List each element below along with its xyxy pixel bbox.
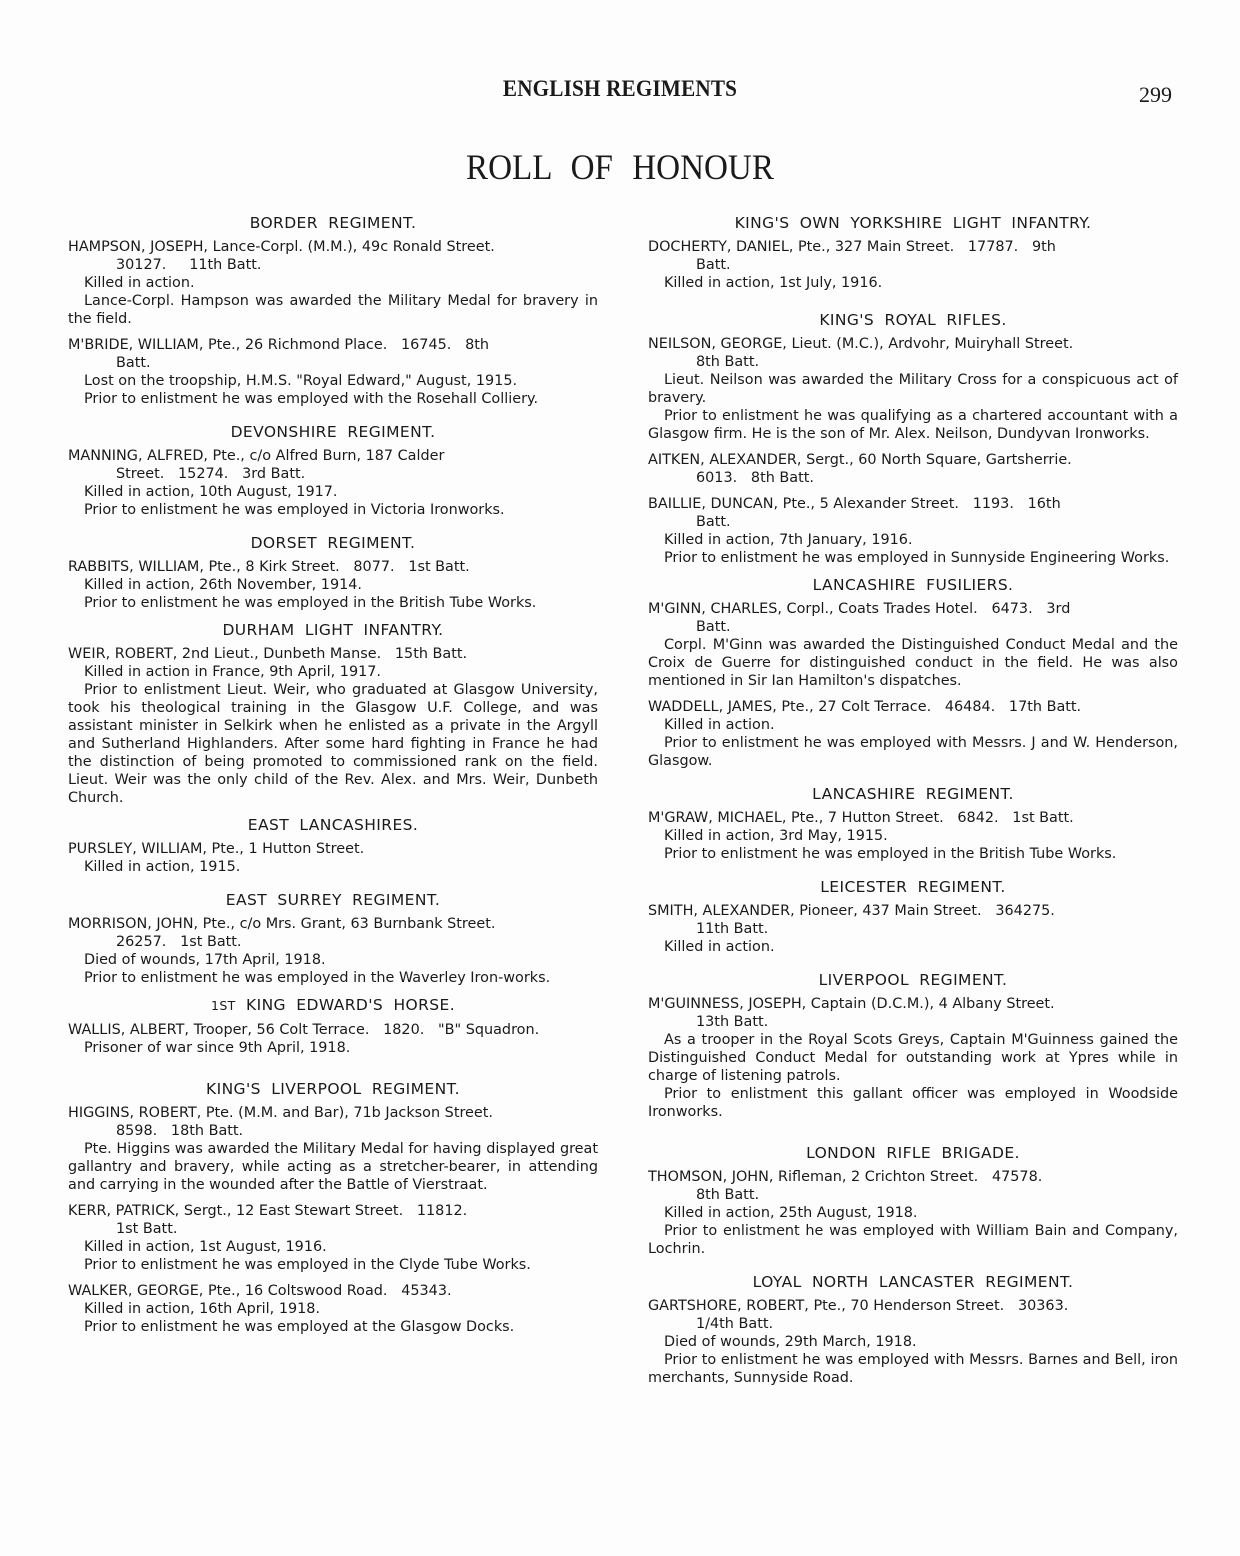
- casualty-status: Died of wounds, 29th March, 1918.: [648, 1333, 1178, 1351]
- biographical-note: Prior to enlistment he was employed with…: [68, 390, 598, 408]
- biographical-note: Prior to enlistment he was employed in t…: [648, 845, 1178, 863]
- casualty-status: Prisoner of war since 9th April, 1918.: [68, 1039, 598, 1057]
- casualty-status: Killed in action, 3rd May, 1915.: [648, 827, 1178, 845]
- regiment-name: KING'S ROYAL RIFLES.: [819, 311, 1006, 329]
- soldier-name-line: WADDELL, JAMES, Pte., 27 Colt Terrace. 4…: [648, 698, 1178, 716]
- regiment-section: LONDON RIFLE BRIGADE.THOMSON, JOHN, Rifl…: [648, 1143, 1178, 1258]
- biographical-note: Prior to enlistment this gallant officer…: [648, 1085, 1178, 1121]
- soldier-name-line: WALKER, GEORGE, Pte., 16 Coltswood Road.…: [68, 1282, 598, 1300]
- soldier-name-line: WEIR, ROBERT, 2nd Lieut., Dunbeth Manse.…: [68, 645, 598, 663]
- entry-continuation: 8598. 18th Batt.: [68, 1122, 598, 1140]
- regiment-name: LANCASHIRE REGIMENT.: [812, 785, 1014, 803]
- regiment-heading: EAST LANCASHIRES.: [68, 815, 598, 835]
- regiment-section: DURHAM LIGHT INFANTRY.WEIR, ROBERT, 2nd …: [68, 620, 598, 807]
- running-head: ENGLISH REGIMENTS: [50, 76, 1191, 102]
- regiment-section: DORSET REGIMENT.RABBITS, WILLIAM, Pte., …: [68, 533, 598, 612]
- soldier-name-line: KERR, PATRICK, Sergt., 12 East Stewart S…: [68, 1202, 598, 1220]
- entry-heading: M'GRAW, MICHAEL, Pte., 7 Hutton Street. …: [648, 809, 1178, 827]
- entry-heading: SMITH, ALEXANDER, Pioneer, 437 Main Stre…: [648, 902, 1178, 938]
- entry-heading: WALLIS, ALBERT, Trooper, 56 Colt Terrace…: [68, 1021, 598, 1039]
- biographical-note: Prior to enlistment he was employed in t…: [68, 1256, 598, 1274]
- roll-entry: MORRISON, JOHN, Pte., c/o Mrs. Grant, 63…: [68, 915, 598, 987]
- biographical-note: As a trooper in the Royal Scots Greys, C…: [648, 1031, 1178, 1085]
- soldier-name-line: HIGGINS, ROBERT, Pte. (M.M. and Bar), 71…: [68, 1104, 598, 1122]
- regiment-heading: EAST SURREY REGIMENT.: [68, 890, 598, 910]
- biographical-note: Prior to enlistment Lieut. Weir, who gra…: [68, 681, 598, 807]
- regiment-section: LANCASHIRE FUSILIERS.M'GINN, CHARLES, Co…: [648, 575, 1178, 770]
- entry-continuation: 30127. 11th Batt.: [68, 256, 598, 274]
- entry-heading: AITKEN, ALEXANDER, Sergt., 60 North Squa…: [648, 451, 1178, 487]
- soldier-name-line: M'BRIDE, WILLIAM, Pte., 26 Richmond Plac…: [68, 336, 598, 354]
- soldier-name-line: MORRISON, JOHN, Pte., c/o Mrs. Grant, 63…: [68, 915, 598, 933]
- entry-heading: RABBITS, WILLIAM, Pte., 8 Kirk Street. 8…: [68, 558, 598, 576]
- regiment-heading: DEVONSHIRE REGIMENT.: [68, 422, 598, 442]
- document-page: ENGLISH REGIMENTS 299 ROLL OF HONOUR BOR…: [0, 0, 1240, 1556]
- entry-continuation: Batt.: [648, 513, 1178, 531]
- regiment-heading: BORDER REGIMENT.: [68, 213, 598, 233]
- regiment-name: LIVERPOOL REGIMENT.: [819, 971, 1008, 989]
- entry-heading: MORRISON, JOHN, Pte., c/o Mrs. Grant, 63…: [68, 915, 598, 951]
- casualty-status: Killed in action, 1st August, 1916.: [68, 1238, 598, 1256]
- roll-entry: DOCHERTY, DANIEL, Pte., 327 Main Street.…: [648, 238, 1178, 292]
- entry-heading: WEIR, ROBERT, 2nd Lieut., Dunbeth Manse.…: [68, 645, 598, 663]
- casualty-status: Killed in action.: [648, 938, 1178, 956]
- entry-continuation: Street. 15274. 3rd Batt.: [68, 465, 598, 483]
- soldier-name-line: AITKEN, ALEXANDER, Sergt., 60 North Squa…: [648, 451, 1178, 469]
- entry-heading: KERR, PATRICK, Sergt., 12 East Stewart S…: [68, 1202, 598, 1238]
- soldier-name-line: M'GRAW, MICHAEL, Pte., 7 Hutton Street. …: [648, 809, 1178, 827]
- biographical-note: Corpl. M'Ginn was awarded the Distinguis…: [648, 636, 1178, 690]
- entry-heading: HAMPSON, JOSEPH, Lance-Corpl. (M.M.), 49…: [68, 238, 598, 274]
- regiment-prefix: 1ST: [211, 998, 236, 1013]
- casualty-status: Killed in action, 26th November, 1914.: [68, 576, 598, 594]
- entry-continuation: 1st Batt.: [68, 1220, 598, 1238]
- roll-entry: AITKEN, ALEXANDER, Sergt., 60 North Squa…: [648, 451, 1178, 487]
- roll-entry: HIGGINS, ROBERT, Pte. (M.M. and Bar), 71…: [68, 1104, 598, 1194]
- regiment-section: KING'S LIVERPOOL REGIMENT.HIGGINS, ROBER…: [68, 1079, 598, 1336]
- regiment-name: EAST LANCASHIRES.: [248, 816, 418, 834]
- regiment-heading: 1ST KING EDWARD'S HORSE.: [68, 995, 598, 1016]
- regiment-name: EAST SURREY REGIMENT.: [226, 891, 440, 909]
- entry-continuation: 1/4th Batt.: [648, 1315, 1178, 1333]
- casualty-status: Killed in action, 25th August, 1918.: [648, 1204, 1178, 1222]
- entry-heading: THOMSON, JOHN, Rifleman, 2 Crichton Stre…: [648, 1168, 1178, 1204]
- entry-heading: M'BRIDE, WILLIAM, Pte., 26 Richmond Plac…: [68, 336, 598, 372]
- entry-continuation: Batt.: [648, 618, 1178, 636]
- roll-entry: M'GRAW, MICHAEL, Pte., 7 Hutton Street. …: [648, 809, 1178, 863]
- roll-entry: M'BRIDE, WILLIAM, Pte., 26 Richmond Plac…: [68, 336, 598, 408]
- roll-entry: WALKER, GEORGE, Pte., 16 Coltswood Road.…: [68, 1282, 598, 1336]
- regiment-heading: KING'S ROYAL RIFLES.: [648, 310, 1178, 330]
- casualty-status: Killed in action in France, 9th April, 1…: [68, 663, 598, 681]
- entry-continuation: Batt.: [68, 354, 598, 372]
- left-column: BORDER REGIMENT.HAMPSON, JOSEPH, Lance-C…: [68, 203, 598, 1344]
- roll-entry: PURSLEY, WILLIAM, Pte., 1 Hutton Street.…: [68, 840, 598, 876]
- regiment-name: KING'S LIVERPOOL REGIMENT.: [206, 1080, 460, 1098]
- entry-heading: PURSLEY, WILLIAM, Pte., 1 Hutton Street.: [68, 840, 598, 858]
- biographical-note: Prior to enlistment he was employed in t…: [68, 594, 598, 612]
- entry-continuation: 8th Batt.: [648, 353, 1178, 371]
- casualty-status: Died of wounds, 17th April, 1918.: [68, 951, 598, 969]
- soldier-name-line: WALLIS, ALBERT, Trooper, 56 Colt Terrace…: [68, 1021, 598, 1039]
- roll-entry: BAILLIE, DUNCAN, Pte., 5 Alexander Stree…: [648, 495, 1178, 567]
- entry-continuation: 11th Batt.: [648, 920, 1178, 938]
- biographical-note: Prior to enlistment he was employed with…: [648, 734, 1178, 770]
- regiment-section: LANCASHIRE REGIMENT.M'GRAW, MICHAEL, Pte…: [648, 784, 1178, 863]
- entry-heading: BAILLIE, DUNCAN, Pte., 5 Alexander Stree…: [648, 495, 1178, 531]
- regiment-name: DURHAM LIGHT INFANTRY.: [222, 621, 443, 639]
- roll-entry: NEILSON, GEORGE, Lieut. (M.C.), Ardvohr,…: [648, 335, 1178, 443]
- biographical-note: Pte. Higgins was awarded the Military Me…: [68, 1140, 598, 1194]
- entry-heading: GARTSHORE, ROBERT, Pte., 70 Henderson St…: [648, 1297, 1178, 1333]
- entry-heading: MANNING, ALFRED, Pte., c/o Alfred Burn, …: [68, 447, 598, 483]
- regiment-name: DORSET REGIMENT.: [251, 534, 416, 552]
- entry-continuation: Batt.: [648, 256, 1178, 274]
- roll-entry: SMITH, ALEXANDER, Pioneer, 437 Main Stre…: [648, 902, 1178, 956]
- regiment-name: LONDON RIFLE BRIGADE.: [806, 1144, 1020, 1162]
- regiment-section: DEVONSHIRE REGIMENT.MANNING, ALFRED, Pte…: [68, 422, 598, 519]
- biographical-note: Prior to enlistment he was employed at t…: [68, 1318, 598, 1336]
- roll-entry: M'GUINNESS, JOSEPH, Captain (D.C.M.), 4 …: [648, 995, 1178, 1121]
- casualty-status: Killed in action, 1st July, 1916.: [648, 274, 1178, 292]
- soldier-name-line: GARTSHORE, ROBERT, Pte., 70 Henderson St…: [648, 1297, 1178, 1315]
- page-title: ROLL OF HONOUR: [50, 146, 1191, 188]
- regiment-section: KING'S ROYAL RIFLES.NEILSON, GEORGE, Lie…: [648, 310, 1178, 567]
- regiment-name: LOYAL NORTH LANCASTER REGIMENT.: [753, 1273, 1074, 1291]
- casualty-status: Killed in action, 1915.: [68, 858, 598, 876]
- soldier-name-line: SMITH, ALEXANDER, Pioneer, 437 Main Stre…: [648, 902, 1178, 920]
- regiment-name: BORDER REGIMENT.: [250, 214, 417, 232]
- regiment-section: EAST SURREY REGIMENT.MORRISON, JOHN, Pte…: [68, 890, 598, 987]
- roll-entry: HAMPSON, JOSEPH, Lance-Corpl. (M.M.), 49…: [68, 238, 598, 328]
- casualty-status: Killed in action.: [648, 716, 1178, 734]
- regiment-heading: KING'S LIVERPOOL REGIMENT.: [68, 1079, 598, 1099]
- right-column: KING'S OWN YORKSHIRE LIGHT INFANTRY.DOCH…: [648, 203, 1178, 1395]
- roll-entry: WEIR, ROBERT, 2nd Lieut., Dunbeth Manse.…: [68, 645, 598, 807]
- biographical-note: Prior to enlistment he was employed with…: [648, 1351, 1178, 1387]
- soldier-name-line: BAILLIE, DUNCAN, Pte., 5 Alexander Stree…: [648, 495, 1178, 513]
- regiment-heading: LANCASHIRE FUSILIERS.: [648, 575, 1178, 595]
- soldier-name-line: RABBITS, WILLIAM, Pte., 8 Kirk Street. 8…: [68, 558, 598, 576]
- biographical-note: Prior to enlistment he was employed in V…: [68, 501, 598, 519]
- regiment-name: KING EDWARD'S HORSE.: [246, 996, 455, 1014]
- regiment-section: LOYAL NORTH LANCASTER REGIMENT.GARTSHORE…: [648, 1272, 1178, 1387]
- entry-continuation: 8th Batt.: [648, 1186, 1178, 1204]
- casualty-status: Lost on the troopship, H.M.S. "Royal Edw…: [68, 372, 598, 390]
- regiment-heading: LANCASHIRE REGIMENT.: [648, 784, 1178, 804]
- regiment-heading: DORSET REGIMENT.: [68, 533, 598, 553]
- soldier-name-line: M'GINN, CHARLES, Corpl., Coats Trades Ho…: [648, 600, 1178, 618]
- casualty-status: Killed in action.: [68, 274, 598, 292]
- roll-entry: GARTSHORE, ROBERT, Pte., 70 Henderson St…: [648, 1297, 1178, 1387]
- regiment-name: LEICESTER REGIMENT.: [820, 878, 1005, 896]
- entry-continuation: 26257. 1st Batt.: [68, 933, 598, 951]
- regiment-section: EAST LANCASHIRES.PURSLEY, WILLIAM, Pte.,…: [68, 815, 598, 876]
- biographical-note: Lieut. Neilson was awarded the Military …: [648, 371, 1178, 407]
- regiment-heading: DURHAM LIGHT INFANTRY.: [68, 620, 598, 640]
- casualty-status: Killed in action, 16th April, 1918.: [68, 1300, 598, 1318]
- soldier-name-line: DOCHERTY, DANIEL, Pte., 327 Main Street.…: [648, 238, 1178, 256]
- entry-heading: WADDELL, JAMES, Pte., 27 Colt Terrace. 4…: [648, 698, 1178, 716]
- casualty-status: Killed in action, 10th August, 1917.: [68, 483, 598, 501]
- regiment-heading: LONDON RIFLE BRIGADE.: [648, 1143, 1178, 1163]
- soldier-name-line: THOMSON, JOHN, Rifleman, 2 Crichton Stre…: [648, 1168, 1178, 1186]
- entry-heading: HIGGINS, ROBERT, Pte. (M.M. and Bar), 71…: [68, 1104, 598, 1140]
- entry-heading: M'GINN, CHARLES, Corpl., Coats Trades Ho…: [648, 600, 1178, 636]
- entry-continuation: 6013. 8th Batt.: [648, 469, 1178, 487]
- regiment-name: LANCASHIRE FUSILIERS.: [813, 576, 1014, 594]
- biographical-note: Lance-Corpl. Hampson was awarded the Mil…: [68, 292, 598, 328]
- soldier-name-line: PURSLEY, WILLIAM, Pte., 1 Hutton Street.: [68, 840, 598, 858]
- entry-heading: NEILSON, GEORGE, Lieut. (M.C.), Ardvohr,…: [648, 335, 1178, 371]
- regiment-section: BORDER REGIMENT.HAMPSON, JOSEPH, Lance-C…: [68, 213, 598, 408]
- regiment-heading: LEICESTER REGIMENT.: [648, 877, 1178, 897]
- casualty-status: Killed in action, 7th January, 1916.: [648, 531, 1178, 549]
- roll-entry: WALLIS, ALBERT, Trooper, 56 Colt Terrace…: [68, 1021, 598, 1057]
- soldier-name-line: MANNING, ALFRED, Pte., c/o Alfred Burn, …: [68, 447, 598, 465]
- regiment-name: KING'S OWN YORKSHIRE LIGHT INFANTRY.: [735, 214, 1092, 232]
- roll-entry: M'GINN, CHARLES, Corpl., Coats Trades Ho…: [648, 600, 1178, 690]
- regiment-section: 1ST KING EDWARD'S HORSE.WALLIS, ALBERT, …: [68, 995, 598, 1057]
- regiment-section: LEICESTER REGIMENT.SMITH, ALEXANDER, Pio…: [648, 877, 1178, 956]
- entry-heading: DOCHERTY, DANIEL, Pte., 327 Main Street.…: [648, 238, 1178, 274]
- regiment-section: LIVERPOOL REGIMENT.M'GUINNESS, JOSEPH, C…: [648, 970, 1178, 1121]
- entry-heading: WALKER, GEORGE, Pte., 16 Coltswood Road.…: [68, 1282, 598, 1300]
- roll-entry: RABBITS, WILLIAM, Pte., 8 Kirk Street. 8…: [68, 558, 598, 612]
- biographical-note: Prior to enlistment he was employed in S…: [648, 549, 1178, 567]
- soldier-name-line: HAMPSON, JOSEPH, Lance-Corpl. (M.M.), 49…: [68, 238, 598, 256]
- entry-heading: M'GUINNESS, JOSEPH, Captain (D.C.M.), 4 …: [648, 995, 1178, 1031]
- soldier-name-line: NEILSON, GEORGE, Lieut. (M.C.), Ardvohr,…: [648, 335, 1178, 353]
- entry-continuation: 13th Batt.: [648, 1013, 1178, 1031]
- roll-entry: THOMSON, JOHN, Rifleman, 2 Crichton Stre…: [648, 1168, 1178, 1258]
- biographical-note: Prior to enlistment he was qualifying as…: [648, 407, 1178, 443]
- soldier-name-line: M'GUINNESS, JOSEPH, Captain (D.C.M.), 4 …: [648, 995, 1178, 1013]
- regiment-heading: LOYAL NORTH LANCASTER REGIMENT.: [648, 1272, 1178, 1292]
- regiment-heading: KING'S OWN YORKSHIRE LIGHT INFANTRY.: [648, 213, 1178, 233]
- biographical-note: Prior to enlistment he was employed in t…: [68, 969, 598, 987]
- roll-entry: WADDELL, JAMES, Pte., 27 Colt Terrace. 4…: [648, 698, 1178, 770]
- regiment-heading: LIVERPOOL REGIMENT.: [648, 970, 1178, 990]
- biographical-note: Prior to enlistment he was employed with…: [648, 1222, 1178, 1258]
- regiment-section: KING'S OWN YORKSHIRE LIGHT INFANTRY.DOCH…: [648, 213, 1178, 292]
- page-number: 299: [1139, 82, 1172, 108]
- roll-entry: KERR, PATRICK, Sergt., 12 East Stewart S…: [68, 1202, 598, 1274]
- regiment-name: DEVONSHIRE REGIMENT.: [231, 423, 436, 441]
- roll-entry: MANNING, ALFRED, Pte., c/o Alfred Burn, …: [68, 447, 598, 519]
